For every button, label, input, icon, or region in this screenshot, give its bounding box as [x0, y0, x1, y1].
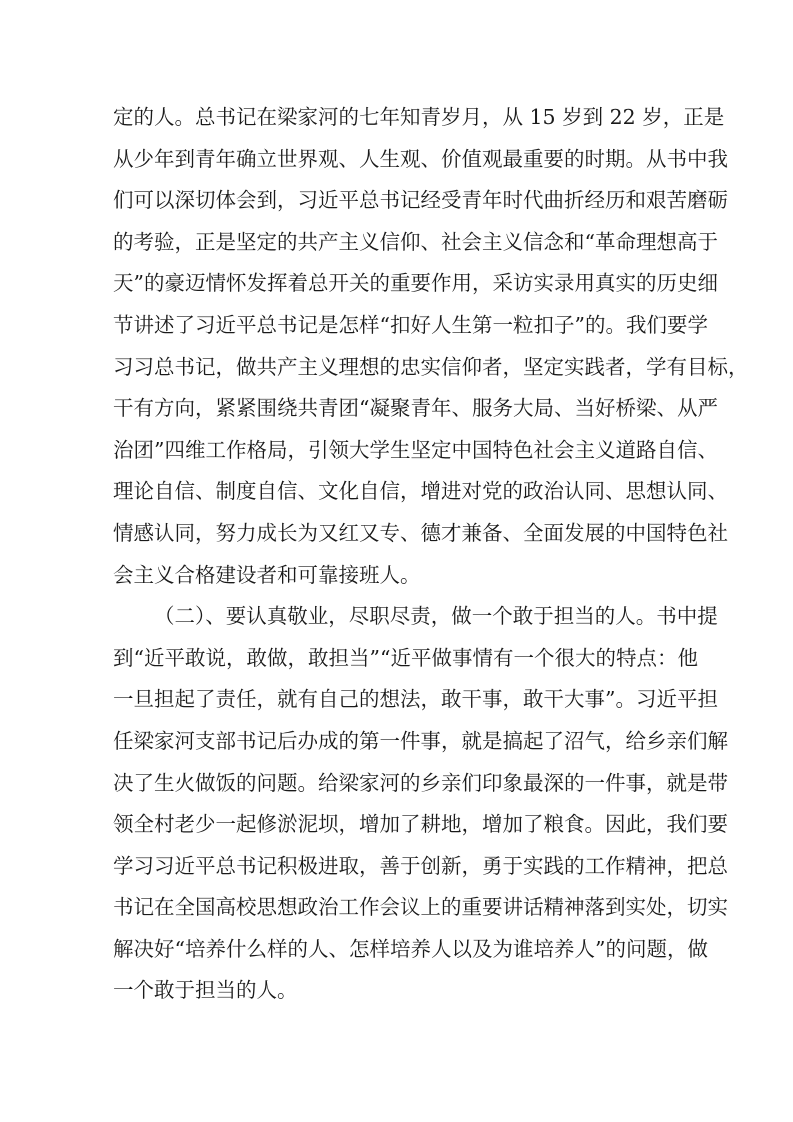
- text-line: 的考验，正是坚定的共产主义信仰、社会主义信念和“革命理想高于: [113, 225, 681, 267]
- text-line: 理论自信、制度自信、文化自信，增进对党的政治认同、思想认同、: [113, 474, 681, 516]
- text-line: 干有方向，紧紧围绕共青团“凝聚青年、服务大局、当好桥梁、从严: [113, 391, 681, 433]
- text-line: 到“近平敢说，敢做，敢担当”“近平做事情有一个很大的特点：他: [113, 641, 681, 683]
- section-heading-line: （二）、要认真敬业，尽职尽责，做一个敢于担当的人。书中提: [113, 599, 681, 641]
- text-line: 天”的豪迈情怀发挥着总开关的重要作用，采访实录用真实的历史细: [113, 266, 681, 308]
- paragraph-section-two: （二）、要认真敬业，尽职尽责，做一个敢于担当的人。书中提 到“近平敢说，敢做，敢…: [113, 599, 681, 1015]
- text-line: 情感认同，努力成长为又红又专、德才兼备、全面发展的中国特色社: [113, 516, 681, 558]
- text-line: 习习总书记，做共产主义理想的忠实信仰者，坚定实践者，学有目标，: [113, 350, 681, 392]
- document-body: 定的人。总书记在梁家河的七年知青岁月，从 15 岁到 22 岁，正是 从少年到青…: [113, 100, 681, 1015]
- text-line: 们可以深切体会到，习近平总书记经受青年时代曲折经历和艰苦磨砺: [113, 183, 681, 225]
- text-line: 治团”四维工作格局，引领大学生坚定中国特色社会主义道路自信、: [113, 433, 681, 475]
- text-line: 任梁家河支部书记后办成的第一件事，就是搞起了沼气，给乡亲们解: [113, 724, 681, 766]
- text-line: 解决好“培养什么样的人、怎样培养人以及为谁培养人”的问题，做: [113, 932, 681, 974]
- paragraph-continued: 定的人。总书记在梁家河的七年知青岁月，从 15 岁到 22 岁，正是 从少年到青…: [113, 100, 681, 599]
- text-line: 一旦担起了责任，就有自己的想法，敢干事，敢干大事”。习近平担: [113, 682, 681, 724]
- text-line: 学习习近平总书记积极进取，善于创新，勇于实践的工作精神，把总: [113, 849, 681, 891]
- text-line: 从少年到青年确立世界观、人生观、价值观最重要的时期。从书中我: [113, 142, 681, 184]
- text-line: 书记在全国高校思想政治工作会议上的重要讲话精神落到实处，切实: [113, 890, 681, 932]
- text-line: 节讲述了习近平总书记是怎样“扣好人生第一粒扣子”的。我们要学: [113, 308, 681, 350]
- text-line: 领全村老少一起修淤泥坝，增加了耕地，增加了粮食。因此，我们要: [113, 807, 681, 849]
- text-line: 定的人。总书记在梁家河的七年知青岁月，从 15 岁到 22 岁，正是: [113, 100, 681, 142]
- document-page: 定的人。总书记在梁家河的七年知青岁月，从 15 岁到 22 岁，正是 从少年到青…: [0, 0, 793, 1122]
- text-line: 一个敢于担当的人。: [113, 973, 681, 1015]
- text-line: 决了生火做饭的问题。给梁家河的乡亲们印象最深的一件事，就是带: [113, 766, 681, 808]
- text-line: 会主义合格建设者和可靠接班人。: [113, 558, 681, 600]
